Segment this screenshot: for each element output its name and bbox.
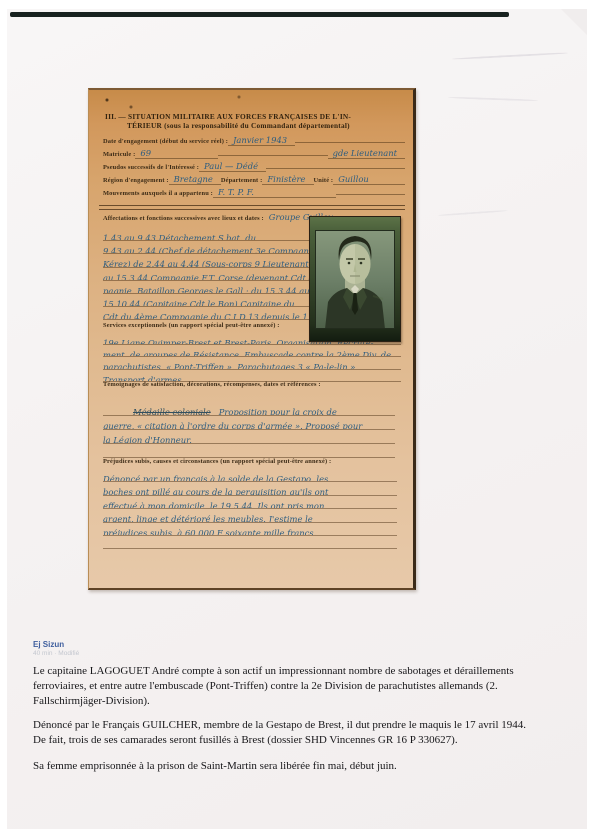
card-title: III. — SITUATION MILITAIRE AUX FORCES FR… [105, 112, 407, 131]
field-label: Unité : [314, 177, 334, 184]
empty-ruled-line [103, 536, 397, 549]
post-author-link[interactable]: Ej Sizun [33, 640, 567, 649]
affectations-handwriting: 1.43 au 9.43 Détachement S.bat. du 9.43 … [103, 228, 316, 320]
field-label: Matricule : [103, 151, 135, 158]
handwritten-line: Proposition pour la croix de [219, 407, 337, 416]
section-label-text: Services exceptionnels (un rapport spéci… [103, 322, 280, 329]
handwritten-struck-text: Médaille coloniale [133, 407, 211, 416]
handwritten-line: 9.43 au 2.44 (Chef de détachement 3e Com… [103, 246, 316, 254]
field-label: Date d'engagement (début du service réel… [103, 138, 228, 145]
handwritten-line: préjudices subis, à 60.000 F soixante mi… [103, 528, 316, 536]
field-label: Mouvements auxquels il a appartenu : [103, 190, 213, 197]
handwritten-line: Dénoncé par un français à la solde de la… [103, 474, 328, 482]
field-label: Région d'engagement : [103, 177, 169, 184]
field-value-handwritten: Finistère [262, 175, 313, 185]
section-label-text: Témoignages de satisfaction, décorations… [103, 381, 321, 388]
section-label-text: Préjudices subis, causes et circonstance… [103, 458, 331, 465]
handwritten-line: boches ont pillé au cours de la perquisi… [103, 487, 328, 495]
field-mouvements: Mouvements auxquels il a appartenu : F. … [103, 188, 405, 198]
prejudices-handwriting: Dénoncé par un français à la solde de la… [103, 469, 397, 549]
section-divider [99, 205, 405, 210]
empty-ruled-line [103, 444, 395, 458]
handwritten-line: parachutistes, « Pont-Triffen ». Parachu… [103, 362, 355, 369]
field-value-handwritten: Paul — Dédé [199, 162, 266, 172]
portrait-photo-image [315, 230, 395, 329]
field-pseudos: Pseudos successifs de l'Intéressé : Paul… [103, 162, 405, 172]
scan-edge-line [10, 12, 509, 17]
field-value-handwritten: 69 [135, 149, 218, 159]
field-value-handwritten: Guillou [333, 175, 405, 185]
field-value-handwritten: Bretagne [169, 175, 221, 185]
post-paragraph-1: Le capitaine LAGOGUET André compte à son… [33, 664, 567, 709]
field-matricule: Matricule : 69 gde Lieutenant [103, 149, 405, 159]
military-record-card: III. — SITUATION MILITAIRE AUX FORCES FR… [88, 88, 416, 590]
portrait-photo [309, 216, 401, 342]
handwritten-line: ment, de groupes de Résistance. Embuscad… [103, 350, 391, 357]
card-title-line2: TÉRIEUR (sous la responsabilité du Comma… [105, 121, 407, 130]
post-paragraph-3: Sa femme emprisonnée à la prison de Sain… [33, 759, 567, 774]
field-value-handwritten: Janvier 1943 [228, 136, 295, 146]
field-value-handwritten: F. T. P. F. [213, 188, 336, 198]
post-paragraph-2: Dénoncé par le Français GUILCHER, membre… [33, 718, 567, 748]
handwritten-line: la Légion d'Honneur. [103, 435, 192, 444]
section-label-text: Affectations et fonctions successives av… [103, 215, 264, 222]
section-prejudices-label: Préjudices subis, causes et circonstance… [103, 458, 405, 465]
field-date-engagement: Date d'engagement (début du service réel… [103, 136, 405, 146]
field-label: Pseudos successifs de l'Intéressé : [103, 164, 199, 171]
temoignages-handwriting: Médaille coloniale Proposition pour la c… [103, 402, 395, 458]
field-label: Département : [221, 177, 263, 184]
field-region-departement-unite: Région d'engagement : Bretagne Départeme… [103, 175, 405, 185]
handwritten-line: 1.43 au 9.43 Détachement S.bat. du [103, 233, 256, 241]
handwritten-line: au 15.3.44 Compagnie F.T. Corse (devenan… [103, 273, 316, 281]
section-temoignages-label: Témoignages de satisfaction, décorations… [103, 381, 405, 388]
grade-note-handwritten: gde Lieutenant [328, 149, 405, 159]
handwritten-line: argent, linge et détérioré les meubles. … [103, 514, 313, 522]
handwritten-line: Kérez) de 2.44 au 4.44 (Sous-corps 9 Lie… [103, 259, 316, 267]
page-corner-fold [561, 9, 587, 35]
handwritten-line: Cdt du 4ème Compagnie du C.I.D.13 depuis… [103, 312, 316, 320]
post-text-block: Ej Sizun 40 min · Modifié Le capitaine L… [33, 640, 567, 774]
handwritten-line: 15.10.44 (Capitaine Cdt le Bon) Capitain… [103, 299, 295, 307]
handwritten-line: pagnie. Bataillon Georges le Gall : du 1… [103, 286, 310, 294]
post-timestamp: 40 min · Modifié [33, 650, 567, 657]
handwritten-line: guerre, « citation à l'ordre du corps d'… [103, 421, 362, 430]
handwritten-line: effectué à mon domicile, le 19.5.44. Ils… [103, 501, 324, 509]
